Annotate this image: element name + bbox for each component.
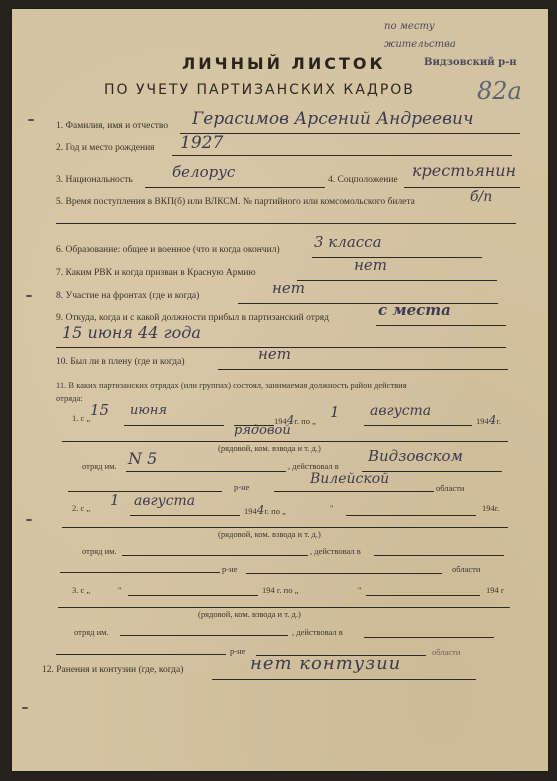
det3-to-year: 194 г xyxy=(486,585,504,595)
det2-from-year: 1944г. по „ xyxy=(244,503,286,517)
det1-unit-label: отряд им. xyxy=(82,461,117,471)
field-9-underline-1 xyxy=(376,325,506,326)
det2-to-month-underline xyxy=(346,515,476,516)
det1-unit-underline xyxy=(126,471,286,472)
det2-to-year-end: г. xyxy=(495,503,500,513)
det1-acted-label: , действовал в xyxy=(288,461,339,471)
field-7-underline xyxy=(297,280,497,281)
det2-acted-underline xyxy=(374,555,504,556)
field-8-value: нет xyxy=(272,279,305,297)
det1-position-caption: (рядовой, ком. взвода и т. д.) xyxy=(218,443,321,453)
det2-from-year-prefix: 194 xyxy=(244,506,257,516)
det2-district-label: р-не xyxy=(222,564,237,574)
field-4-label: 4. Соцположение xyxy=(328,175,398,185)
field-6-underline xyxy=(312,257,482,258)
det3-num: 3. с „ xyxy=(72,585,90,595)
field-10-label: 10. Был ли в плену (где и когда) xyxy=(56,357,185,367)
det1-from-day: 15 xyxy=(90,401,109,419)
field-8-underline xyxy=(238,303,498,304)
det3-unit-underline xyxy=(120,635,288,636)
det1-district-label: р-не xyxy=(234,482,249,492)
det1-region: Вилейской xyxy=(310,471,389,487)
det3-position-caption: (рядовой, ком. взвода и т. д.) xyxy=(198,609,301,619)
det1-position-underline xyxy=(62,441,508,442)
field-3-underline xyxy=(145,187,325,188)
det1-to-year: 1944г. xyxy=(476,413,501,427)
det1-from-month-underline xyxy=(124,425,224,426)
field-7-value: нет xyxy=(354,256,387,274)
corner-note-line3: Видзовский р-н xyxy=(424,57,517,68)
det2-from-year-end: г. по „ xyxy=(264,506,285,516)
det2-unit-underline xyxy=(122,555,308,556)
field-2-underline xyxy=(172,155,512,156)
margin-mark xyxy=(26,295,32,297)
field-6-label: 6. Образование: общее и военное (что и к… xyxy=(56,245,280,255)
det1-position: рядовой xyxy=(234,423,291,438)
det3-acted-underline xyxy=(364,637,494,638)
field-1-underline xyxy=(180,133,520,134)
det2-from-month: августа xyxy=(134,493,195,509)
page-title: ЛИЧНЫЙ ЛИСТОК xyxy=(182,54,386,73)
field-1-value: Герасимов Арсений Андреевич xyxy=(192,109,474,129)
det1-to-day: 1 xyxy=(330,403,340,421)
det3-to-month-underline xyxy=(366,595,480,596)
field-11-label: 11. В каких партизанских отрядах (или гр… xyxy=(56,380,407,390)
field-3-value: белорус xyxy=(172,163,235,181)
field-11-label-cont: отряда: xyxy=(56,393,83,403)
field-5-label: 5. Время поступления в ВКП(б) или ВЛКСМ.… xyxy=(56,197,415,207)
det3-to-year-prefix: 194 xyxy=(486,585,499,595)
det3-to-day-mark: " xyxy=(358,585,361,595)
field-3-label: 3. Национальность xyxy=(56,175,133,185)
field-9-label: 9. Откуда, когда и с какой должности при… xyxy=(56,313,329,323)
det3-district-underline xyxy=(56,654,226,655)
det1-region-label: области xyxy=(436,483,464,493)
field-9-value-line1: с места xyxy=(378,301,451,319)
field-4-underline xyxy=(404,187,520,188)
det1-to-year-end: г. xyxy=(496,416,501,426)
det2-num: 2. с „ xyxy=(72,503,90,513)
det3-from-year-prefix: 194 xyxy=(262,585,275,595)
det2-district-underline xyxy=(60,572,220,573)
det2-from-month-underline xyxy=(130,515,240,516)
det3-from-year-end: г. по „ xyxy=(277,585,298,595)
det3-region-label: области xyxy=(432,647,460,657)
det3-position-underline xyxy=(58,607,510,608)
field-5-underline xyxy=(56,223,516,224)
field-9-value-line2: 15 июня 44 года xyxy=(62,323,201,342)
field-12-label: 12. Ранения и контузии (где, когда) xyxy=(42,665,183,675)
det1-region-underline xyxy=(274,491,434,492)
det2-to-year: 194г. xyxy=(482,503,499,513)
det2-region-label: области xyxy=(452,564,480,574)
det3-from-month-underline xyxy=(128,595,258,596)
det1-to-month-underline xyxy=(364,425,472,426)
field-10-value: нет xyxy=(258,345,291,363)
det1-to-month: августа xyxy=(370,403,431,419)
det3-unit-label: отряд им. xyxy=(74,627,109,637)
det2-unit-label: отряд им. xyxy=(82,546,117,556)
det2-region-underline xyxy=(246,573,442,574)
det1-unit: N 5 xyxy=(128,449,157,468)
det3-to-year-end: г xyxy=(501,585,505,595)
det1-from-month: июня xyxy=(130,403,167,418)
page-subtitle: ПО УЧЕТУ ПАРТИЗАНСКИХ КАДРОВ xyxy=(104,82,415,98)
corner-note-line2: жительства xyxy=(384,39,456,50)
archive-number: 82а xyxy=(477,77,522,105)
det2-acted-label: , действовал в xyxy=(310,546,361,556)
det1-from-year-end: г. по „ xyxy=(294,416,315,426)
det1-district-underline xyxy=(68,491,222,492)
det1-num: 1. с „ xyxy=(72,413,90,423)
field-2-label: 2. Год и место рождения xyxy=(56,143,155,153)
margin-mark xyxy=(22,707,28,709)
det2-position-caption: (рядовой, ком. взвода и т. д.) xyxy=(218,529,321,539)
corner-note-line1: по месту xyxy=(384,21,435,32)
det1-to-year-prefix: 194 xyxy=(476,416,489,426)
field-2-value: 1927 xyxy=(180,133,223,153)
field-4-value: крестьянин xyxy=(412,161,516,180)
field-12-underline xyxy=(212,679,476,680)
det2-to-year-prefix: 194 xyxy=(482,503,495,513)
document-page: по месту жительства Видзовский р-н 82а Л… xyxy=(12,9,548,771)
det2-from-day: 1 xyxy=(110,491,120,509)
field-12-value: нет контузии xyxy=(250,653,401,674)
det2-position-underline xyxy=(62,527,508,528)
margin-mark xyxy=(26,519,32,521)
field-6-value: 3 класса xyxy=(314,233,382,251)
field-8-label: 8. Участие на фронтах (где и когда) xyxy=(56,291,199,301)
field-1-label: 1. Фамилия, имя и отчество xyxy=(56,121,168,131)
margin-mark xyxy=(28,119,34,121)
det1-acted-in: Видзовском xyxy=(368,447,463,465)
det3-acted-label: , действовал в xyxy=(292,627,343,637)
det2-to-day-mark: " xyxy=(330,503,333,513)
det3-from-year: 194 г. по „ xyxy=(262,585,298,595)
field-7-label: 7. Каким РВК и когда призван в Красную А… xyxy=(56,268,256,278)
det3-from-day-mark: " xyxy=(118,585,121,595)
field-10-underline xyxy=(218,369,508,370)
det3-district-label: р-не xyxy=(230,646,245,656)
field-5-value: б/п xyxy=(470,189,492,205)
